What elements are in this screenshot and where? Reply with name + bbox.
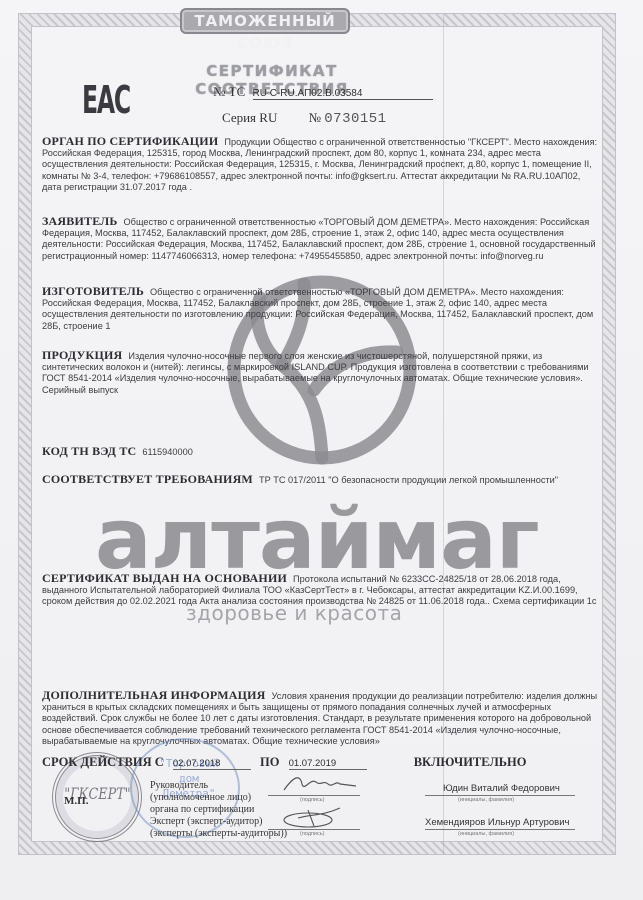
expert-name-line	[425, 829, 575, 830]
expert-role-label: Эксперт (эксперт-аудитор)	[150, 816, 263, 828]
hs-code-section: КОД ТН ВЭД ТС6115940000	[42, 446, 602, 458]
product-section: ПРОДУКЦИЯИзделия чулочно-носочные первог…	[42, 350, 602, 396]
manufacturer-section: ИЗГОТОВИТЕЛЬОбщество с ограниченной отве…	[42, 286, 602, 332]
applicant-section: ЗАЯВИТЕЛЬОбщество с ограниченной ответст…	[42, 216, 602, 262]
blank-no-value: 0730151	[324, 111, 386, 127]
certification-body-label: ОРГАН ПО СЕРТИФИКАЦИИ	[42, 134, 218, 148]
expert-signature-line	[268, 829, 360, 830]
eac-mark-icon: EAC	[82, 78, 130, 122]
applicant-text: Общество с ограниченной ответственностью…	[42, 217, 596, 261]
series-row: Серия RU № 0730151	[222, 110, 387, 127]
blank-no-label: №	[309, 110, 321, 125]
certification-body-section: ОРГАН ПО СЕРТИФИКАЦИИПродукции Общество …	[42, 136, 602, 193]
manufacturer-label: ИЗГОТОВИТЕЛЬ	[42, 284, 144, 298]
head-signature-caption: (подпись)	[300, 797, 324, 803]
conforms-to-section: СООТВЕТСТВУЕТ ТРЕБОВАНИЯМТР ТС 017/2011 …	[42, 474, 602, 486]
issued-basis-section: СЕРТИФИКАТ ВЫДАН НА ОСНОВАНИИПротокола и…	[42, 573, 602, 608]
hs-code-label: КОД ТН ВЭД ТС	[42, 444, 136, 458]
validity-inclusive: ВКЛЮЧИТЕЛЬНО	[414, 755, 527, 769]
head-name-caption: (инициалы, фамилия)	[458, 797, 514, 803]
expert-name-caption: (инициалы, фамилия)	[458, 831, 514, 837]
expert-role-label-plural: (эксперты (эксперты-аудиторы))	[150, 828, 287, 840]
certificate-page: ТАМОЖЕННЫЙ СОЮЗ СЕРТИФИКАТ СООТВЕТСТВИЯ …	[0, 0, 643, 900]
head-name-line	[425, 795, 575, 796]
valid-to-date: 01.07.2019	[289, 758, 367, 770]
reg-value: RU C-RU.АП02.В.03584	[253, 88, 433, 100]
head-role-label: Руководитель (уполномоченное лицо) орган…	[150, 780, 270, 816]
series-label: Серия	[222, 110, 256, 125]
validity-row: СРОК ДЕЙСТВИЯ С 02.07.2018 ПО 01.07.2019…	[42, 755, 526, 770]
product-text: Изделия чулочно-носочные первого слоя же…	[42, 351, 589, 395]
valid-from-date: 02.07.2018	[173, 758, 251, 770]
conforms-to-label: СООТВЕТСТВУЕТ ТРЕБОВАНИЯМ	[42, 472, 253, 486]
validity-label: СРОК ДЕЙСТВИЯ С	[42, 755, 164, 769]
registration-number: № ТС RU C-RU.АП02.В.03584	[213, 84, 433, 100]
seal-place-label: М.П.	[64, 795, 88, 807]
issued-basis-label: СЕРТИФИКАТ ВЫДАН НА ОСНОВАНИИ	[42, 571, 287, 585]
expert-signature-caption: (подпись)	[300, 831, 324, 837]
applicant-label: ЗАЯВИТЕЛЬ	[42, 214, 118, 228]
validity-to-label: ПО	[260, 755, 279, 769]
series-value: RU	[259, 110, 277, 125]
conforms-to-text: ТР ТС 017/2011 "О безопасности продукции…	[259, 475, 558, 485]
customs-union-banner: ТАМОЖЕННЫЙ СОЮЗ	[180, 8, 350, 34]
hs-code-value: 6115940000	[142, 447, 192, 457]
head-name: Юдин Виталий Федорович	[443, 783, 560, 794]
product-label: ПРОДУКЦИЯ	[42, 348, 122, 362]
additional-info-section: ДОПОЛНИТЕЛЬНАЯ ИНФОРМАЦИЯУсловия хранени…	[42, 690, 602, 747]
additional-info-label: ДОПОЛНИТЕЛЬНАЯ ИНФОРМАЦИЯ	[42, 688, 266, 702]
reg-label: № ТС	[213, 84, 245, 99]
expert-name: Хемендияров Ильнур Артурович	[425, 817, 569, 828]
head-signature-line	[268, 795, 360, 796]
